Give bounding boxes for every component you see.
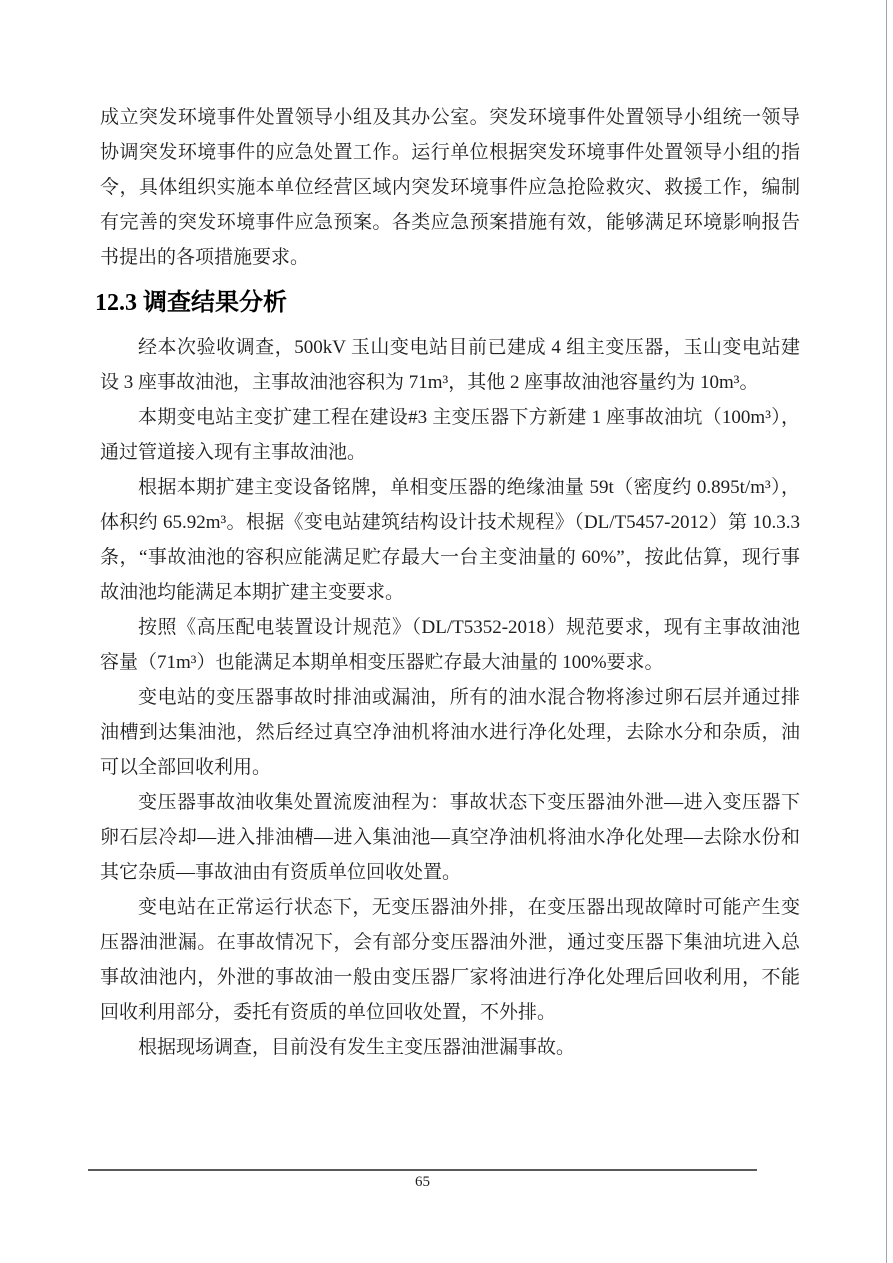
- page-content: 成立突发环境事件处置领导小组及其办公室。突发环境事件处置领导小组统一领导协调突发…: [100, 100, 800, 1065]
- body-paragraph: 变电站在正常运行状态下，无变压器油外排，在变压器出现故障时可能产生变压器油泄漏。…: [100, 890, 800, 1030]
- section-heading: 12.3 调查结果分析: [95, 285, 800, 321]
- scan-edge-line: [886, 0, 887, 1263]
- body-paragraph: 变压器事故油收集处置流废油程为：事故状态下变压器油外泄—进入变压器下卵石层冷却—…: [100, 785, 800, 890]
- body-paragraph: 根据本期扩建主变设备铭牌，单相变压器的绝缘油量 59t（密度约 0.895t/m…: [100, 470, 800, 610]
- lead-paragraph: 成立突发环境事件处置领导小组及其办公室。突发环境事件处置领导小组统一领导协调突发…: [100, 100, 800, 275]
- body-paragraph: 按照《高压配电装置设计规范》（DL/T5352-2018）规范要求，现有主事故油…: [100, 610, 800, 680]
- page-footer: 65: [88, 1169, 757, 1193]
- page-number: 65: [88, 1171, 757, 1193]
- document-page: 成立突发环境事件处置领导小组及其办公室。突发环境事件处置领导小组统一领导协调突发…: [0, 0, 893, 1263]
- body-paragraph: 经本次验收调查，500kV 玉山变电站目前已建成 4 组主变压器，玉山变电站建设…: [100, 330, 800, 400]
- body-paragraph: 变电站的变压器事故时排油或漏油，所有的油水混合物将渗过卵石层并通过排油槽到达集油…: [100, 680, 800, 785]
- body-paragraph: 根据现场调查，目前没有发生主变压器油泄漏事故。: [100, 1030, 800, 1065]
- body-paragraph: 本期变电站主变扩建工程在建设#3 主变压器下方新建 1 座事故油坑（100m³）…: [100, 400, 800, 470]
